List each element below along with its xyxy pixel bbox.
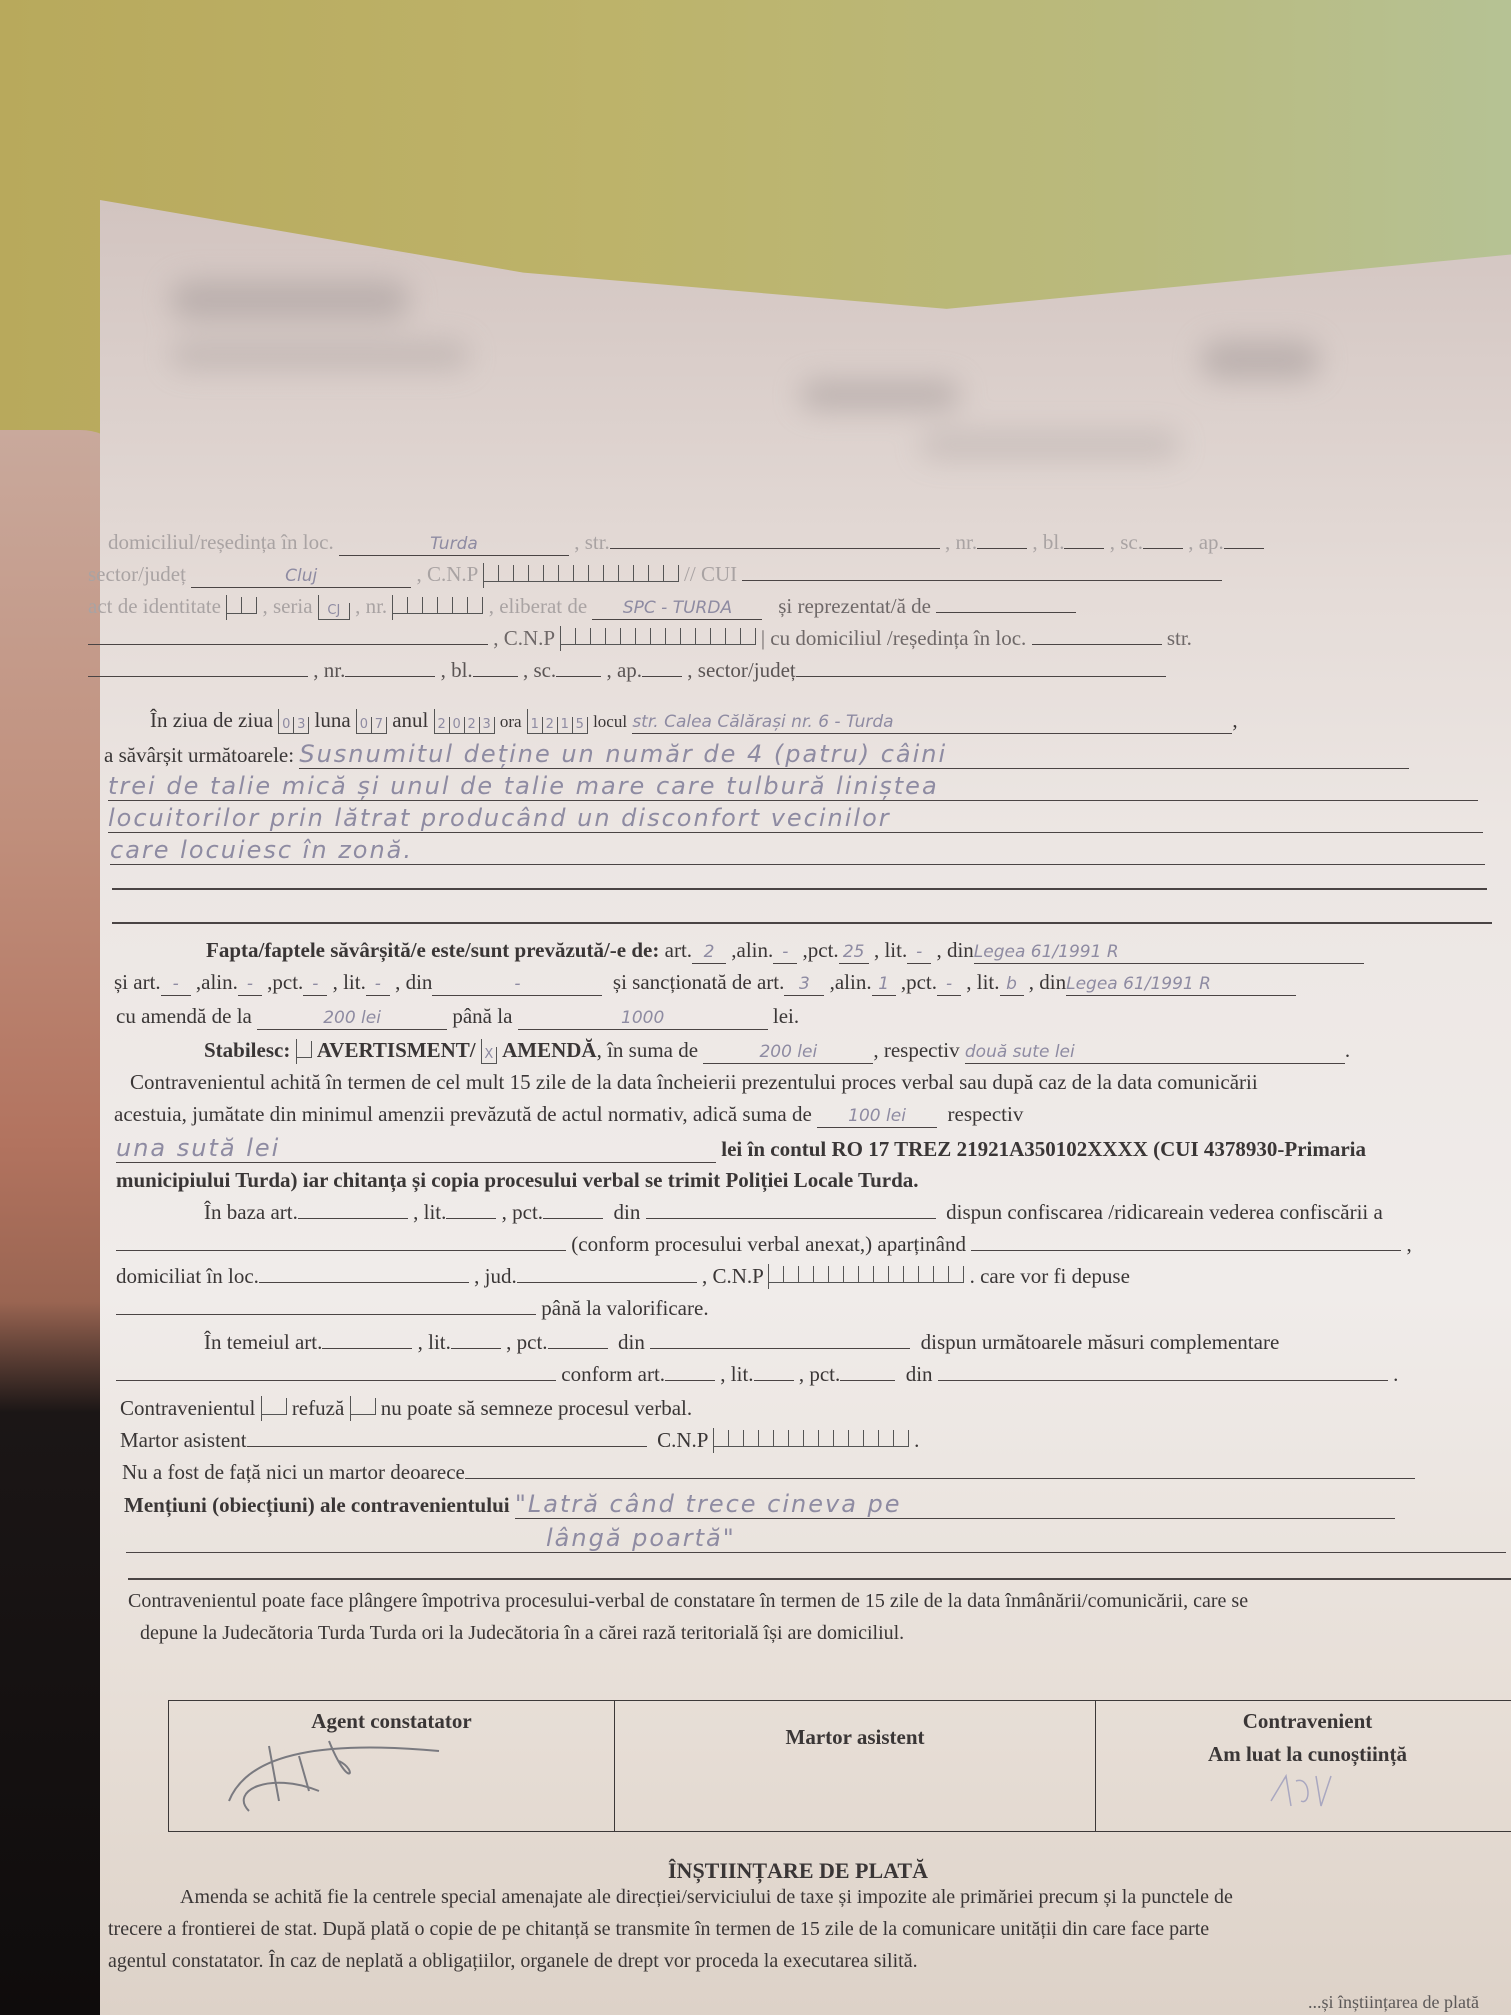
account-row-2: municipiului Turda) iar chitanța și copi… [116,1168,919,1193]
fine-to-field[interactable]: 1000 [518,1004,768,1030]
payment-notice-text-3: agentul constatator. În caz de neplată a… [108,1950,918,1973]
payment-text-1: Contravenientul achită în termen de cel … [130,1070,1258,1095]
mentions-row: Mențiuni (obiecțiuni) ale contravenientu… [124,1490,1395,1519]
confiscation-row-3: domiciliat în loc. , jud. , C.N.P . care… [116,1264,1130,1289]
contravenient-signature-icon [1266,1771,1346,1811]
confiscation-row-2: (conform procesului verbal anexat,) apar… [116,1232,1412,1257]
refusal-row: Contravenientul refuză nu poate să semne… [120,1396,692,1421]
confiscation-row-1: În baza art. , lit. , pct. din dispun co… [204,1200,1383,1225]
si-art-row: și art.- ,alin.- ,pct.- , lit.- , din- ș… [114,970,1296,996]
no-witness-row: Nu a fost de față nici un martor deoarec… [122,1460,1415,1485]
header-row-5: , nr. , bl. , sc. , ap. , sector/județ [88,658,1166,683]
payment-notice-footer: ...și înștiințarea de plată [1308,1992,1479,2013]
contravenient-cell[interactable]: Contravenient Am luat la cunoștiință [1096,1701,1511,1831]
place-field[interactable]: str. Calea Călărași nr. 6 - Turda [632,708,1232,734]
complaint-text-1: Contravenientul poate face plângere împo… [128,1590,1248,1613]
month-boxes[interactable]: 07 [356,709,387,734]
avertisment-checkbox[interactable] [296,1039,312,1064]
agent-signature-icon [209,1731,469,1821]
nu-poate-checkbox[interactable] [350,1396,376,1421]
header-row-3: act de identitate , seria CJ , nr. , eli… [88,594,1076,620]
payment-notice-text-1: Amenda se achită fie la centrele special… [180,1886,1233,1909]
header-row-2: sector/județ Cluj , C.N.P // CUI [88,562,1222,588]
martor-row: Martor asistent C.N.P . [120,1428,919,1453]
payment-notice-title: ÎNȘTIINȚARE DE PLATĂ [668,1858,928,1884]
committed-row: a săvârșit următoarele: Susnumitul dețin… [104,740,1409,769]
empty-line [128,1578,1511,1580]
complementary-row-1: În temeiul art. , lit. , pct. din dispun… [204,1330,1279,1355]
payment-notice-text-2: trecere a frontierei de stat. După plată… [108,1918,1209,1941]
payment-text-2: acestuia, jumătate din minimul amenzii p… [114,1102,1023,1128]
fine-from-field[interactable]: 200 lei [257,1004,447,1030]
description-line-4[interactable]: care locuiesc în zonă. [110,836,1485,865]
header-row-1: domiciliul/reședința în loc. Turda , str… [108,530,1264,556]
empty-line [112,888,1487,890]
empty-line [112,922,1492,924]
fact-row: Fapta/faptele săvârșită/e este/sunt prev… [206,938,1364,964]
amount-words-field[interactable]: două sute lei [965,1038,1345,1064]
signature-table: Agent constatator Martor asistent Contra… [168,1700,1511,1832]
martor-cell[interactable]: Martor asistent [615,1701,1096,1831]
agent-cell[interactable]: Agent constatator [169,1701,615,1831]
complementary-row-2: conform art. , lit. , pct. din . [116,1362,1398,1387]
amenda-checkbox[interactable]: X [481,1039,497,1064]
description-line-1[interactable]: Susnumitul deține un număr de 4 (patru) … [299,740,1409,769]
blurred-header [100,200,1511,530]
hour-boxes[interactable]: 1215 [527,709,588,734]
mentions-field[interactable]: "Latră când trece cineva pe [515,1490,1395,1519]
mentions-row-2[interactable]: lângă poartă" [126,1524,1506,1553]
complaint-text-2: depune la Judecătoria Turda Turda ori la… [140,1622,904,1645]
description-line-3[interactable]: locuitorilor prin lătrat producând un di… [108,804,1483,833]
incident-date-row: În ziua de ziua 03 luna 07 anul 2023 ora… [150,708,1238,734]
header-row-4: , C.N.P | cu domiciliul /reședința în lo… [88,626,1192,651]
half-amount-field[interactable]: 100 lei [817,1102,937,1128]
refuza-checkbox[interactable] [261,1396,287,1421]
day-boxes[interactable]: 03 [278,709,309,734]
stabilesc-row: Stabilesc: AVERTISMENT/ X AMENDĂ, în sum… [204,1038,1350,1064]
amount-field[interactable]: 200 lei [703,1038,873,1064]
fine-range-row: cu amendă de la 200 lei până la 1000 lei… [116,1004,799,1030]
account-row: una sută lei lei în contul RO 17 TREZ 21… [116,1134,1366,1163]
year-boxes[interactable]: 2023 [434,709,495,734]
half-amount-words-field[interactable]: una sută lei [116,1134,716,1163]
description-line-2[interactable]: trei de talie mică și unul de talie mare… [108,772,1478,801]
confiscation-row-4: până la valorificare. [116,1296,709,1321]
